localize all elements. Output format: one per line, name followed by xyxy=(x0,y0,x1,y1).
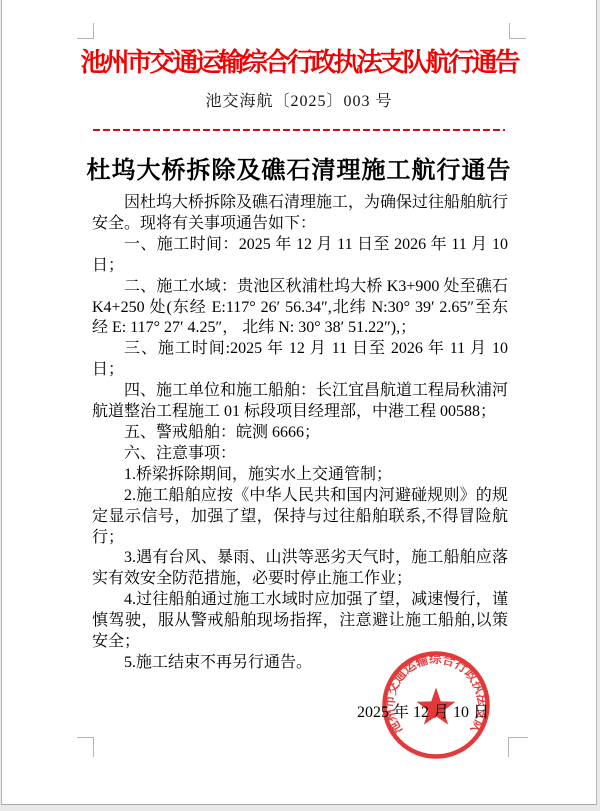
margin-corner-mark-bottom-left xyxy=(77,737,94,757)
document-number: 池交海航〔2025〕003 号 xyxy=(2,88,596,111)
body-paragraph: 因杜坞大桥拆除及礁石清理施工，为确保过往船舶航行安全。现将有关事项通告如下： xyxy=(92,193,508,235)
margin-corner-mark-bottom-right xyxy=(508,737,528,757)
body-paragraph: 六、注意事项： xyxy=(92,444,508,465)
body-paragraph: 二、施工水域：贵池区秋浦杜坞大桥 K3+900 处至礁石 K4+250 处(东经… xyxy=(92,277,508,340)
margin-corner-mark-top-right xyxy=(509,23,526,39)
body-paragraph: 五、警戒船舶：皖测 6666； xyxy=(92,423,508,444)
issue-date: 2025 年 12 月 10 日 xyxy=(357,699,489,722)
margin-corner-mark-top-left xyxy=(77,23,94,39)
notice-body: 因杜坞大桥拆除及礁石清理施工，为确保过往船舶航行安全。现将有关事项通告如下： 一… xyxy=(92,193,508,674)
red-dashed-divider xyxy=(93,129,505,131)
agency-title: 池州市交通运输综合行政执法支队航行通告 xyxy=(80,42,517,79)
body-paragraph: 4.过往船舶通过施工水域时应加强了望，减速慢行，谨慎驾驶，服从警戒船舶现场指挥，… xyxy=(92,590,508,653)
document-page: 池州市交通运输综合行政执法支队航行通告 池交海航〔2025〕003 号 杜坞大桥… xyxy=(1,0,597,805)
body-paragraph: 一、施工时间：2025 年 12 月 11 日至 2026 年 11 月 10 … xyxy=(92,235,508,277)
body-paragraph: 三、施工时间:2025 年 12 月 11 日至 2026 年 11 月 10 … xyxy=(92,339,508,381)
body-paragraph: 四、施工单位和施工船舶：长江宜昌航道工程局秋浦河航道整治工程施工 01 标段项目… xyxy=(92,381,508,423)
body-paragraph: 1.桥梁拆除期间，施实水上交通管制； xyxy=(92,465,508,486)
notice-title: 杜坞大桥拆除及礁石清理施工航行通告 xyxy=(87,150,512,185)
body-paragraph: 2.施工船舶应按《中华人民共和国内河避碰规则》的规定显示信号，加强了望，保持与过… xyxy=(92,486,508,549)
body-paragraph: 3.遇有台风、暴雨、山洪等恶劣天气时，施工船舶应落实有效安全防范措施，必要时停止… xyxy=(92,548,508,590)
